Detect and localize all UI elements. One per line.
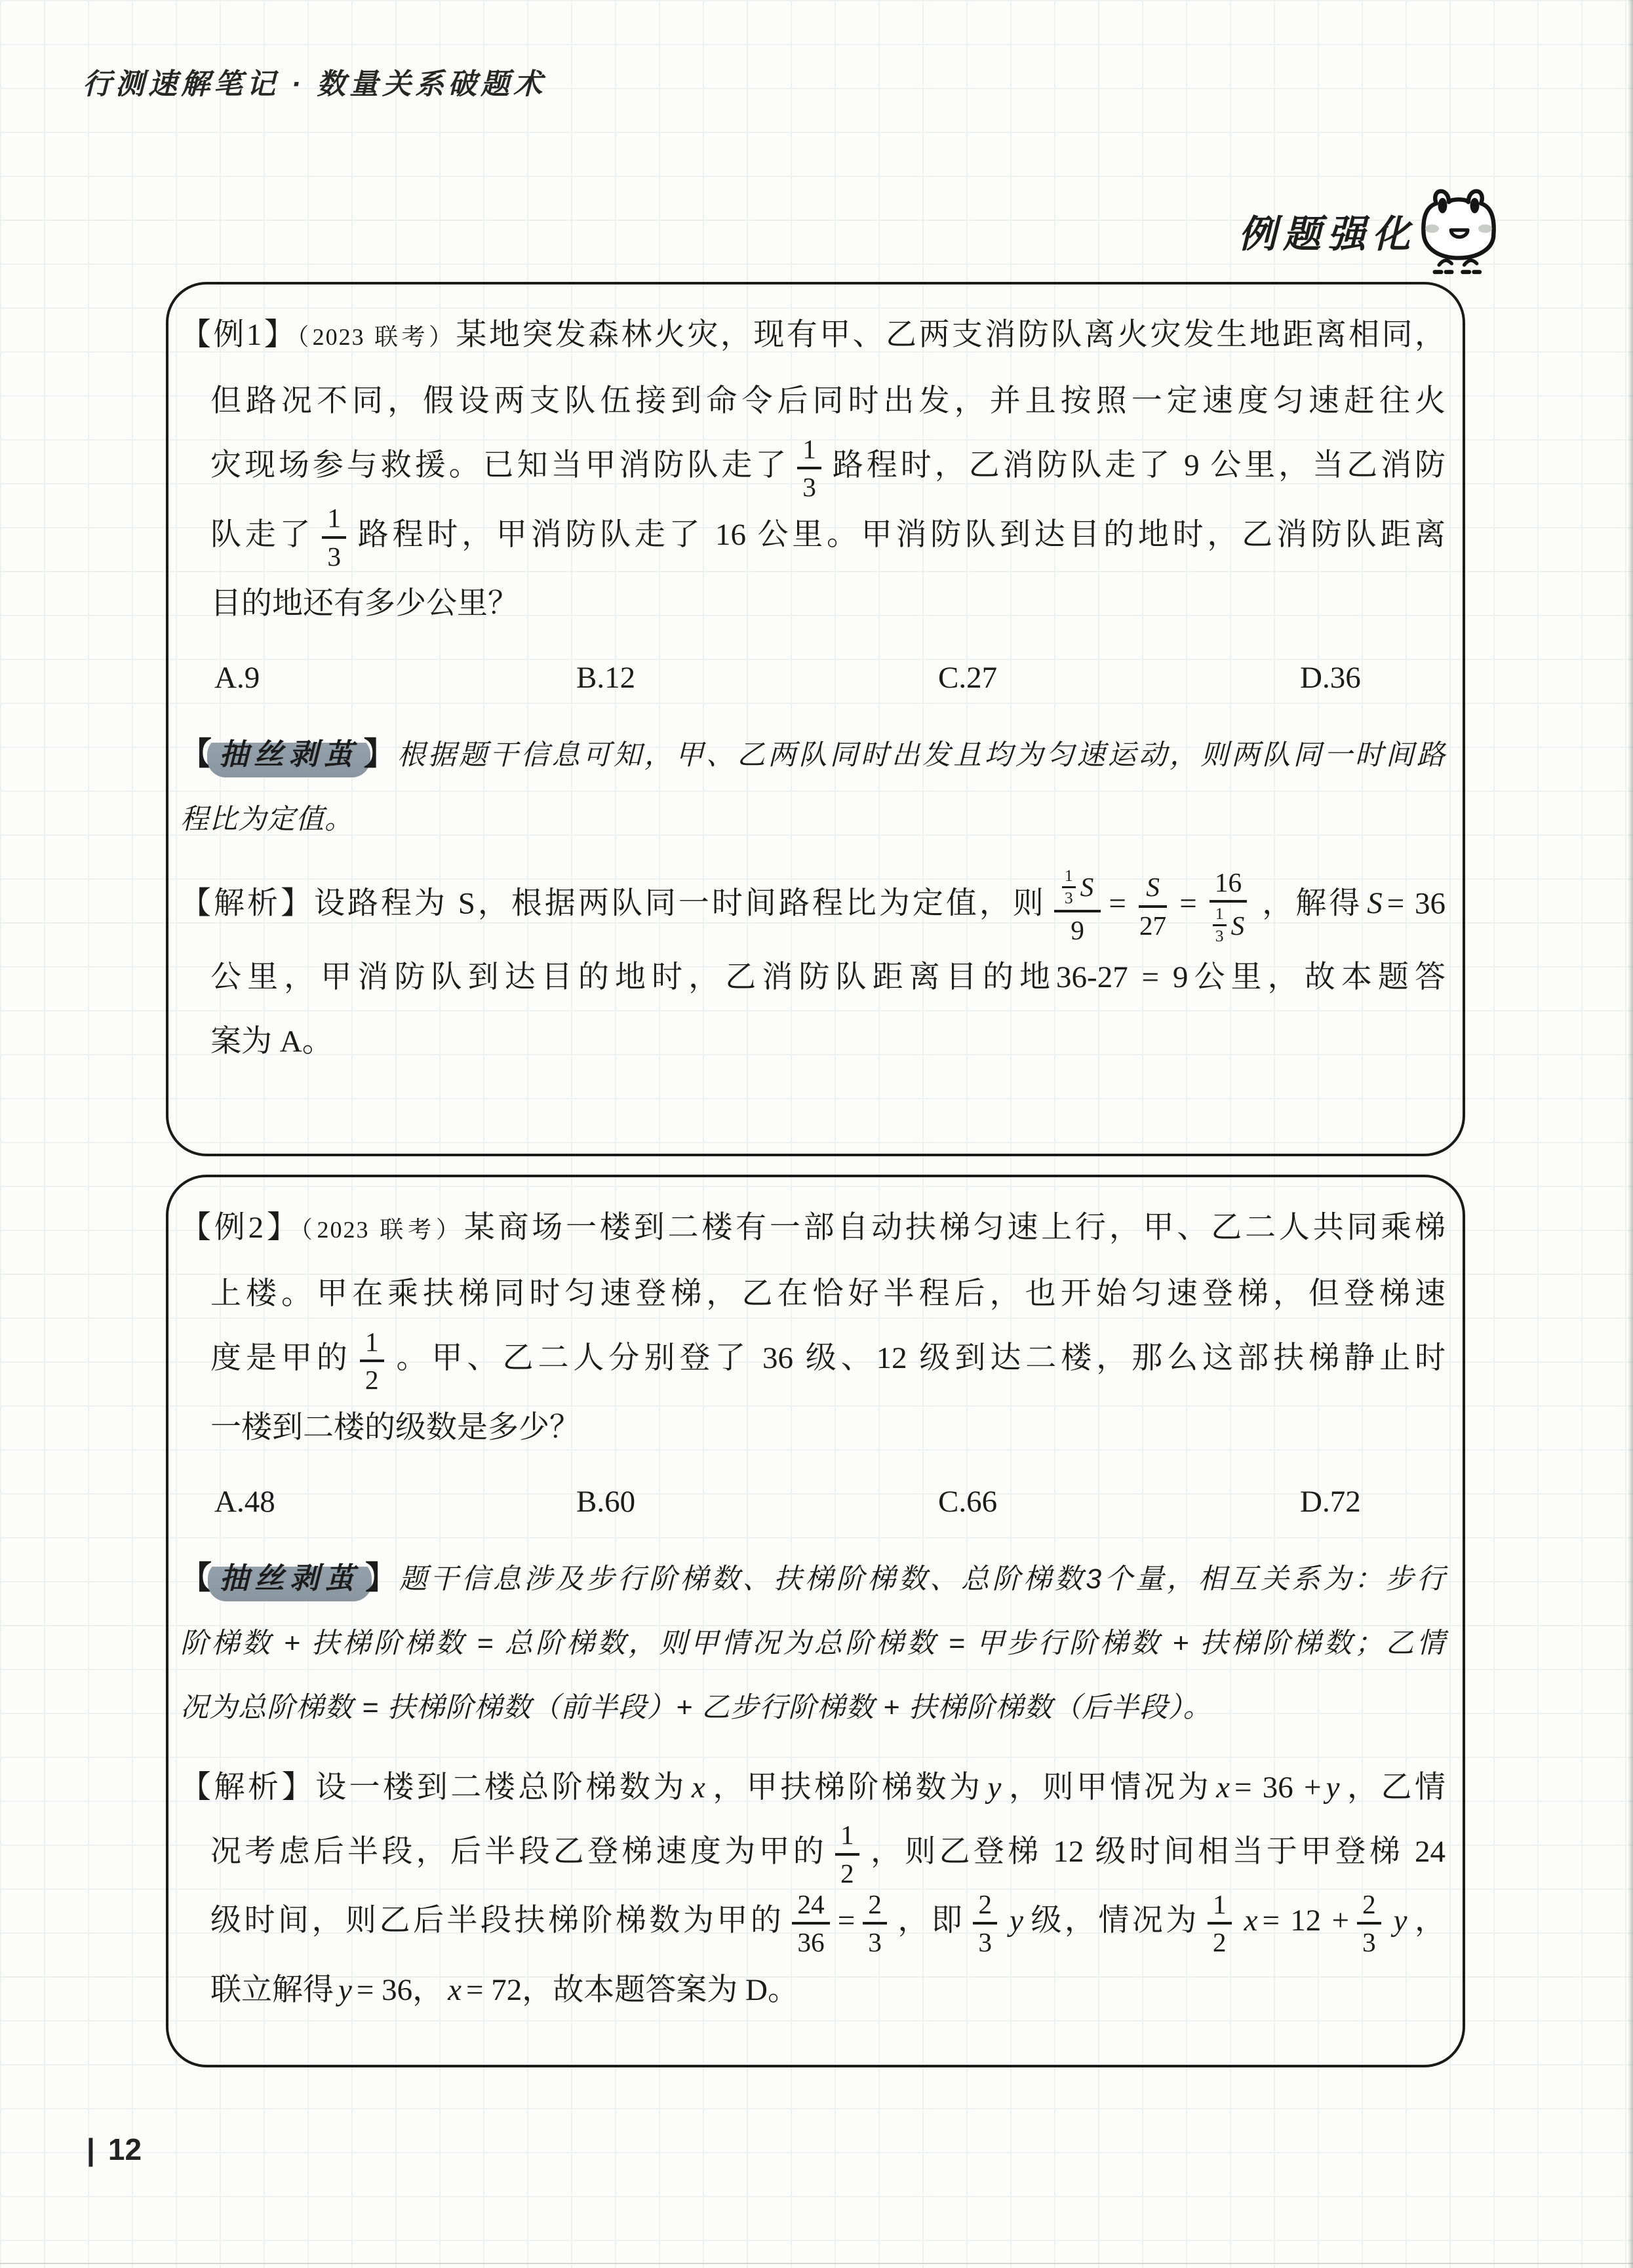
text-line: 程比为定值。 (180, 787, 1446, 851)
small-text: （2023 联考） (297, 324, 456, 350)
example1-option-d: D.36 (1300, 646, 1361, 709)
t-text: 队走了 (210, 518, 314, 552)
var-text: S (1229, 910, 1247, 941)
t-text: 目的地还有多少公里？ (210, 587, 519, 621)
t-text: 题干信息涉及步行阶梯数、扶梯阶梯数、总阶梯数3个量，相互关系为：步行 (399, 1563, 1446, 1595)
text-line: 【例1】（2023 联考）某地突发森林火灾，现有甲、乙两支消防队离火灾发生地距离… (180, 303, 1446, 369)
var-text: S (1078, 872, 1096, 902)
t-text: 【解析】设路程为 S，根据两队同一时间路程比为定值，则 (180, 886, 1046, 920)
t-text: 阶梯数 + 扶梯阶梯数 = 总阶梯数，则甲情况为总阶梯数 = 甲步行阶梯数 + … (180, 1628, 1446, 1659)
var-text: S (1144, 872, 1162, 902)
text-line: 案为 A。 (180, 1009, 1446, 1074)
text-line: 【抽丝剥茧】题干信息涉及步行阶梯数、扶梯阶梯数、总阶梯数3个量，相互关系为：步行 (180, 1546, 1446, 1611)
example1-box: 【例1】（2023 联考）某地突发森林火灾，现有甲、乙两支消防队离火灾发生地距离… (166, 282, 1465, 1156)
example2-option-d: D.72 (1300, 1470, 1361, 1533)
t-text: ，则乙登梯 12 级时间相当于甲登梯 24 (867, 1835, 1446, 1869)
t-text: = 36 + (1234, 1770, 1322, 1805)
text-line: 级时间，则乙后半段扶梯阶梯数为甲的2436=23，即23y级，情况为12x= 1… (180, 1888, 1446, 1958)
t-text: = 36 (1387, 886, 1446, 920)
text-line: 灾现场参与救援。已知当甲消防队走了13路程时，乙消防队走了 9 公里，当乙消防 (180, 433, 1446, 503)
var-text: x (687, 1770, 710, 1805)
t-text: 级，情况为 (1028, 1904, 1200, 1938)
text-line: 目的地还有多少公里？ (180, 572, 1446, 636)
text-line: 上楼。甲在乘扶梯同时匀速登梯，乙在恰好半程后，也开始匀速登梯，但登梯速 (180, 1262, 1446, 1326)
t-text: 路程时，甲消防队走了 16 公里。甲消防队到达目的地时，乙消防队距离 (354, 518, 1446, 552)
t-text: 联立解得 (210, 1973, 334, 2007)
example2-option-c: C.66 (938, 1470, 1300, 1533)
fraction: 2436 (792, 1889, 829, 1958)
t-text: 某地突发森林火灾，现有甲、乙两支消防队离火灾发生地距离相同， (456, 318, 1446, 352)
example2-option-a: A.48 (214, 1470, 576, 1533)
t-text: 公里，甲消防队到达目的地时，乙消防队距离目的地36-27 = 9公里，故本题答 (210, 960, 1446, 994)
t-text: 【例2】 (180, 1211, 301, 1245)
example1-analysis-section: 【解析】设路程为 S，根据两队同一时间路程比为定值，则13S9=S27=1613… (180, 867, 1446, 1074)
text-line: 但路况不同，假设两支队伍接到命令后同时出发，并且按照一定速度匀速赶往火 (180, 369, 1446, 433)
t-text: ，即 (895, 1904, 965, 1938)
t-text: 。甲、乙二人分别登了 36 级、12 级到达二楼，那么这部扶梯静止时 (392, 1341, 1446, 1375)
t-text: = (1179, 886, 1197, 920)
t-text: 【例1】 (180, 318, 297, 352)
fraction: 13 (322, 503, 346, 572)
var-text: S (1362, 886, 1387, 920)
t-text: ，甲扶梯阶梯数为 (710, 1770, 983, 1805)
t-text: ， (1412, 1904, 1446, 1938)
t-text: 路程时，乙消防队走了 9 公里，当乙消防 (829, 448, 1446, 482)
var-text: x (1240, 1904, 1263, 1938)
bracket-text: 】 (364, 737, 397, 772)
t-text: 某商场一楼到二楼有一部自动扶梯匀速上行，甲、乙二人共同乘梯 (464, 1211, 1446, 1245)
t-text: 灾现场参与救援。已知当甲消防队走了 (210, 448, 789, 482)
var-text: y (1389, 1904, 1412, 1938)
text-line: 况考虑后半段，后半段乙登梯速度为甲的12，则乙登梯 12 级时间相当于甲登梯 2… (180, 1820, 1446, 1889)
example2-analysis-section: 【解析】设一楼到二楼总阶梯数为x，甲扶梯阶梯数为y，则甲情况为x= 36 +y，… (180, 1755, 1446, 2022)
t-text: = 36， (357, 1973, 443, 2007)
example2-silk-section: 【抽丝剥茧】题干信息涉及步行阶梯数、扶梯阶梯数、总阶梯数3个量，相互关系为：步行… (180, 1546, 1446, 1740)
var-text: x (443, 1973, 466, 2007)
t-text: 9 (1071, 915, 1084, 945)
var-text: x (1211, 1770, 1234, 1805)
t-text: ，则甲情况为 (1006, 1770, 1211, 1805)
text-line: 联立解得y= 36，x= 72，故本题答案为 D。 (180, 1958, 1446, 2022)
example1-option-c: C.27 (938, 646, 1300, 709)
section-badge: 例题强化 (1238, 203, 1417, 258)
fraction: 23 (973, 1889, 997, 1958)
t-text: 程比为定值。 (180, 804, 353, 835)
t-text: = 12 + (1262, 1904, 1349, 1938)
t-text: = 72，故本题答案为 D。 (466, 1973, 798, 2007)
text-line: 阶梯数 + 扶梯阶梯数 = 总阶梯数，则甲情况为总阶梯数 = 甲步行阶梯数 + … (180, 1611, 1446, 1675)
pill-text: 抽丝剥茧 (207, 736, 370, 777)
fraction: 23 (1357, 1889, 1381, 1958)
small-text: （2023 联考） (301, 1217, 464, 1243)
text-line: 一楼到二楼的级数是多少？ (180, 1396, 1446, 1460)
text-line: 【解析】设一楼到二楼总阶梯数为x，甲扶梯阶梯数为y，则甲情况为x= 36 +y，… (180, 1755, 1446, 1820)
t-text: = (1109, 886, 1126, 920)
t-text: 度是甲的 (210, 1341, 352, 1375)
fraction: 13 (1213, 905, 1227, 945)
fraction: 13S9 (1054, 867, 1101, 945)
t-text: 【解析】设一楼到二楼总阶梯数为 (180, 1770, 687, 1805)
pill-text: 抽丝剥茧 (208, 1560, 372, 1601)
text-line: 公里，甲消防队到达目的地时，乙消防队距离目的地36-27 = 9公里，故本题答 (180, 945, 1446, 1009)
var-text: y (983, 1770, 1006, 1805)
fraction: 1613S (1205, 867, 1252, 945)
example1-option-a: A.9 (214, 646, 576, 709)
fraction: 13 (797, 434, 821, 503)
example1-option-b: B.12 (576, 646, 938, 709)
t-text: ，乙情 (1344, 1770, 1446, 1805)
example2-options-row: A.48 B.60 C.66 D.72 (180, 1470, 1446, 1533)
fraction: 13 (1062, 867, 1076, 907)
fraction: S27 (1134, 872, 1171, 941)
text-line: 度是甲的12。甲、乙二人分别登了 36 级、12 级到达二楼，那么这部扶梯静止时 (180, 1326, 1446, 1396)
example1-problem: 【例1】（2023 联考）某地突发森林火灾，现有甲、乙两支消防队离火灾发生地距离… (180, 303, 1446, 636)
page: 行测速解笔记 · 数量关系破题术 例题强化 【例1】（2023 联考）某地突发森… (0, 0, 1633, 2268)
text-line: 【解析】设路程为 S，根据两队同一时间路程比为定值，则13S9=S27=1613… (180, 867, 1446, 945)
t-text: 16 (1215, 867, 1242, 897)
t-text: 级时间，则乙后半段扶梯阶梯数为甲的 (210, 1904, 784, 1938)
bracket-text: 】 (365, 1561, 399, 1595)
t-text: 一楼到二楼的级数是多少？ (210, 1411, 580, 1445)
page-header-title: 行测速解笔记 · 数量关系破题术 (83, 60, 546, 102)
example2-option-b: B.60 (576, 1470, 938, 1533)
t-text: = (838, 1904, 856, 1938)
t-text: 27 (1139, 910, 1166, 941)
fraction: 12 (360, 1327, 384, 1396)
page-number: 12 (108, 2132, 142, 2166)
t-text: ，解得 (1259, 886, 1362, 920)
text-line: 【例2】（2023 联考）某商场一楼到二楼有一部自动扶梯匀速上行，甲、乙二人共同… (180, 1196, 1446, 1262)
fraction: 23 (863, 1889, 887, 1958)
var-text: y (1322, 1770, 1345, 1805)
frog-mascot-icon (1409, 178, 1508, 283)
t-text: 上楼。甲在乘扶梯同时匀速登梯，乙在恰好半程后，也开始匀速登梯，但登梯速 (210, 1277, 1446, 1311)
t-text: 根据题干信息可知，甲、乙两队同时出发且均为匀速运动，则两队同一时间路 (397, 739, 1446, 771)
fraction: 12 (1208, 1889, 1232, 1958)
text-line: 【抽丝剥茧】根据题干信息可知，甲、乙两队同时出发且均为匀速运动，则两队同一时间路 (180, 722, 1446, 787)
t-text: 况考虑后半段，后半段乙登梯速度为甲的 (210, 1835, 827, 1869)
example2-box: 【例2】（2023 联考）某商场一楼到二楼有一部自动扶梯匀速上行，甲、乙二人共同… (166, 1175, 1465, 2067)
fraction: 12 (835, 1820, 859, 1888)
var-text: y (1005, 1904, 1028, 1938)
t-text: 况为总阶梯数 = 扶梯阶梯数（前半段）+ 乙步行阶梯数 + 扶梯阶梯数（后半段）… (180, 1692, 1212, 1723)
text-line: 队走了13路程时，甲消防队走了 16 公里。甲消防队到达目的地时，乙消防队距离 (180, 503, 1446, 572)
page-footer: |12 (87, 2132, 142, 2167)
example2-problem: 【例2】（2023 联考）某商场一楼到二楼有一部自动扶梯匀速上行，甲、乙二人共同… (180, 1196, 1446, 1460)
text-line: 况为总阶梯数 = 扶梯阶梯数（前半段）+ 乙步行阶梯数 + 扶梯阶梯数（后半段）… (180, 1675, 1446, 1740)
t-text: 案为 A。 (210, 1025, 333, 1059)
footer-divider: | (87, 2132, 95, 2166)
example1-silk-section: 【抽丝剥茧】根据题干信息可知，甲、乙两队同时出发且均为匀速运动，则两队同一时间路… (180, 722, 1446, 851)
t-text: 但路况不同，假设两支队伍接到命令后同时出发，并且按照一定速度匀速赶往火 (210, 384, 1446, 418)
var-text: y (334, 1973, 357, 2007)
example1-options-row: A.9 B.12 C.27 D.36 (180, 646, 1446, 709)
